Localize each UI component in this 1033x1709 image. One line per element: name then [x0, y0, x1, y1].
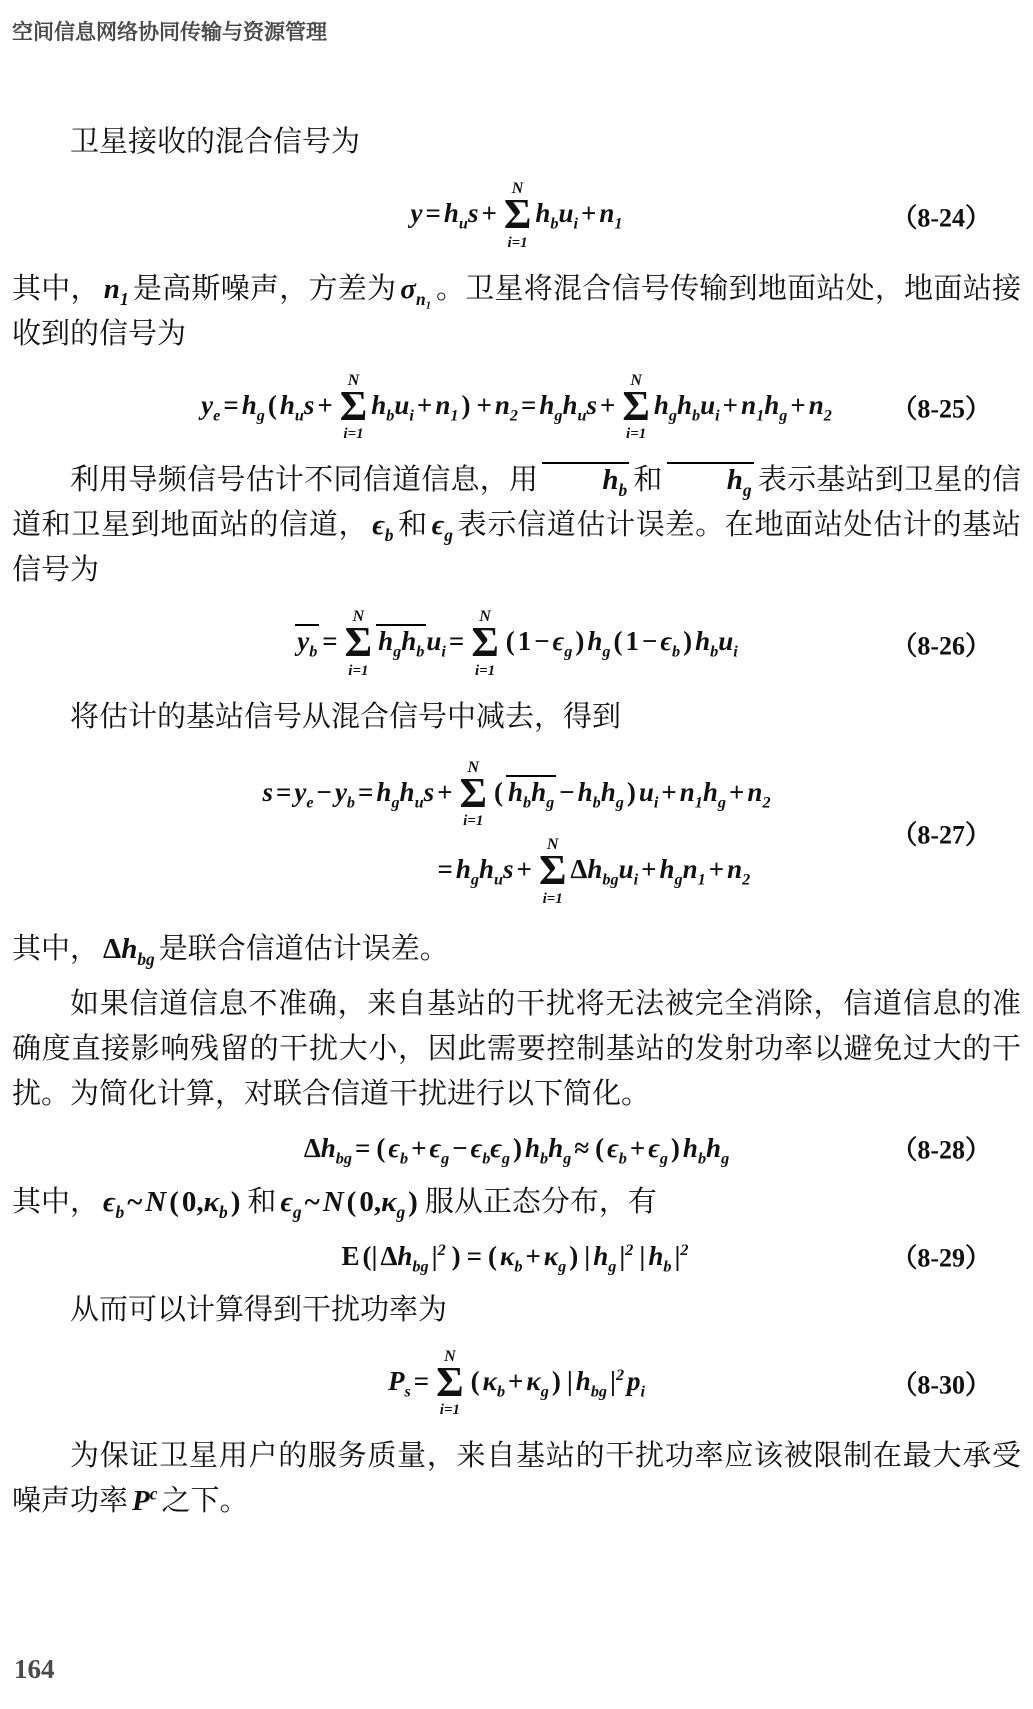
- math-token: |2: [616, 1241, 636, 1271]
- text-run: 利用导频信号估计不同信道信息，用: [70, 464, 538, 496]
- math-token: Δ: [570, 854, 587, 884]
- math-token: hg: [764, 390, 787, 420]
- math-token: n1: [435, 390, 458, 420]
- math-token: =: [352, 1133, 373, 1163]
- math-token: s: [587, 390, 598, 420]
- math-token: ): [405, 1186, 421, 1218]
- sum-symbol: NΣi=1: [459, 760, 486, 830]
- sum-symbol: NΣi=1: [340, 373, 367, 443]
- math-token: +: [638, 854, 659, 884]
- overline-group: hghb: [376, 624, 426, 657]
- text-run: 是联合信道估计误差。: [159, 933, 449, 965]
- inline-math: Pc: [128, 1485, 161, 1517]
- math-token: n1: [680, 777, 703, 807]
- math-token: =: [319, 626, 340, 656]
- math-token: ϵb: [103, 1186, 124, 1218]
- math-token: n1: [599, 198, 622, 228]
- math-token: ϵb: [388, 1133, 408, 1163]
- math-token: (: [485, 1241, 500, 1271]
- math-token: (: [166, 1186, 182, 1218]
- math-token: hb: [602, 464, 627, 496]
- equation-8-29: E(|Δhbg|2)=(κb+κg)|hg|2|hb|2 （8-29）: [12, 1235, 1021, 1278]
- math-token: +: [787, 390, 808, 420]
- sum-symbol: NΣi=1: [436, 1349, 463, 1419]
- inline-math: σn₁: [396, 273, 435, 305]
- text-run: 如果信道信息不准确，来自基站的干扰将无法被完全消除，信道信息的准确度直接影响残留…: [12, 988, 1021, 1110]
- math-token: κb: [483, 1366, 505, 1396]
- math-token: =: [434, 854, 455, 884]
- math-token: hu: [562, 390, 586, 420]
- math-token: ≈: [571, 1133, 592, 1163]
- inline-math: ϵb: [368, 509, 397, 541]
- math-token: (: [491, 777, 506, 807]
- overline-group: yb: [295, 624, 319, 657]
- math-token: −: [639, 626, 660, 656]
- math-token: ): [228, 1186, 244, 1218]
- math-token: n2: [747, 777, 770, 807]
- running-header: 空间信息网络协同传输与资源管理: [12, 16, 1021, 46]
- math-token: +: [706, 854, 727, 884]
- math-token: hb: [677, 390, 700, 420]
- math-token: +: [720, 390, 741, 420]
- math-token: 1: [626, 626, 640, 656]
- math-token: hb: [535, 198, 558, 228]
- math-token: s: [503, 854, 514, 884]
- math-token: ): [668, 1133, 683, 1163]
- math-token: ϵg: [432, 509, 453, 541]
- equation-label: （8-28）: [891, 1130, 991, 1167]
- math-token: s: [468, 198, 479, 228]
- paragraph-interference: 如果信道信息不准确，来自基站的干扰将无法被完全消除，信道信息的准确度直接影响残留…: [12, 982, 1021, 1117]
- math-token: +: [597, 390, 618, 420]
- math-token: hg: [593, 1241, 616, 1271]
- paragraph-noise: 其中，n1是高斯噪声，方差为σn₁。卫星将混合信号传输到地面站处，地面站接收到的…: [12, 267, 1021, 357]
- math-token: hb: [401, 626, 424, 656]
- math-token: hg: [654, 390, 677, 420]
- math-token: +: [658, 777, 679, 807]
- math-token: n1: [104, 273, 129, 305]
- math-token: hb: [683, 1133, 706, 1163]
- inline-math: hg: [663, 464, 758, 496]
- math-token: =: [220, 390, 241, 420]
- math-token: N: [323, 1186, 344, 1218]
- math-token: ): [449, 1241, 464, 1271]
- equation-label: （8-27）: [891, 815, 991, 852]
- math-token: (: [373, 1133, 388, 1163]
- math-token: ϵg: [553, 626, 573, 656]
- math-token: hg: [706, 1133, 729, 1163]
- math-token: hb: [371, 390, 394, 420]
- math-token: ui: [426, 626, 446, 656]
- math-token: ϵg: [280, 1186, 301, 1218]
- text-run: 其中，: [12, 933, 99, 965]
- math-token: 0,: [359, 1186, 381, 1218]
- inline-math: hb: [538, 464, 633, 496]
- math-token: hu: [280, 390, 304, 420]
- math-token: (: [611, 626, 626, 656]
- math-token: ~: [302, 1186, 323, 1218]
- math-token: =: [518, 390, 539, 420]
- math-token: ): [572, 626, 587, 656]
- equation-8-24: y=hus+NΣi=1hbui+n1 （8-24）: [12, 175, 1021, 257]
- math-token: ui: [558, 198, 578, 228]
- math-token: hu: [400, 777, 424, 807]
- sum-symbol: NΣi=1: [539, 837, 566, 907]
- math-token: +: [434, 777, 455, 807]
- math-token: κb: [500, 1241, 522, 1271]
- math-token: (: [468, 1366, 483, 1396]
- math-token: yb: [297, 626, 317, 656]
- math-token: hbg: [576, 1366, 607, 1396]
- text-run: 和: [247, 1186, 276, 1218]
- math-token: hu: [479, 854, 503, 884]
- math-token: κg: [526, 1366, 548, 1396]
- equation-8-30: Ps=NΣi=1(κb+κg)|hbg|2pi （8-30）: [12, 1343, 1021, 1425]
- math-token: |: [636, 1241, 648, 1271]
- math-token: hg: [601, 777, 624, 807]
- math-token: ~: [124, 1186, 145, 1218]
- math-token: hg: [727, 464, 752, 496]
- sum-symbol: NΣi=1: [345, 609, 372, 679]
- math-token: hg: [548, 1133, 571, 1163]
- math-token: −: [314, 777, 335, 807]
- text-run: 其中，: [12, 273, 100, 305]
- math-token: E: [342, 1241, 360, 1271]
- math-token: +: [314, 390, 335, 420]
- text-run: 服从正态分布，有: [425, 1186, 657, 1218]
- paragraph-subtract: 将估计的基站信号从混合信号中减去，得到: [12, 695, 1021, 740]
- math-token: +: [578, 198, 599, 228]
- math-token: hbg: [121, 933, 155, 965]
- text-run: 从而可以计算得到干扰功率为: [70, 1294, 447, 1326]
- text-run: 之下。: [161, 1485, 248, 1517]
- math-token: hg: [587, 626, 610, 656]
- math-token: ): [566, 1241, 581, 1271]
- math-token: +: [505, 1366, 526, 1396]
- overline-group: hbhg: [506, 775, 556, 808]
- math-token: y: [411, 198, 423, 228]
- math-token: ye: [201, 390, 220, 420]
- equation-body: E(|Δhbg|2)=(κb+κg)|hg|2|hb|2: [342, 1241, 692, 1272]
- math-token: hb: [525, 1133, 548, 1163]
- math-token: hg: [539, 390, 562, 420]
- math-token: hg: [659, 854, 682, 884]
- math-token: hbg: [321, 1133, 352, 1163]
- math-token: Pc: [132, 1485, 157, 1517]
- math-token: =: [423, 198, 444, 228]
- math-token: +: [473, 390, 494, 420]
- math-token: ϵb: [471, 1133, 491, 1163]
- math-token: ui: [619, 854, 639, 884]
- equation-body: Δhbg=(ϵb+ϵg−ϵbϵg)hbhg≈(ϵb+ϵg)hbhg: [304, 1133, 729, 1164]
- math-token: |2: [607, 1366, 627, 1396]
- sum-symbol: NΣi=1: [504, 181, 531, 251]
- math-token: ye: [294, 777, 313, 807]
- paragraph-joint-error: 其中，Δhbg是联合信道估计误差。: [12, 927, 1021, 972]
- math-token: +: [627, 1133, 648, 1163]
- math-token: σn₁: [400, 273, 431, 305]
- math-token: s: [424, 777, 435, 807]
- math-token: hb: [648, 1241, 671, 1271]
- math-token: n2: [809, 390, 832, 420]
- math-token: |2: [671, 1241, 691, 1271]
- math-token: s: [262, 777, 273, 807]
- math-token: n1: [741, 390, 764, 420]
- paragraph-distribution: 其中，ϵb~N(0,κb)和ϵg~N(0,κg)服从正态分布，有: [12, 1180, 1021, 1225]
- equation-label: （8-29）: [891, 1238, 991, 1275]
- math-token: +: [408, 1133, 429, 1163]
- math-token: ϵg: [429, 1133, 449, 1163]
- inline-math: ϵg~N(0,κg): [276, 1186, 424, 1218]
- math-token: (|: [360, 1241, 381, 1271]
- math-token: Δ: [380, 1241, 397, 1271]
- paragraph-intro-signal: 卫星接收的混合信号为: [12, 120, 1021, 165]
- math-token: yb: [335, 777, 355, 807]
- text-run: 卫星接收的混合信号为: [70, 126, 360, 158]
- overline-group: hg: [667, 462, 754, 497]
- math-token: ): [680, 626, 695, 656]
- math-token: hbg: [397, 1241, 428, 1271]
- equation-label: （8-25）: [891, 389, 991, 426]
- math-token: hg: [378, 626, 401, 656]
- math-token: +: [478, 198, 499, 228]
- math-token: hu: [444, 198, 468, 228]
- math-token: ): [624, 777, 639, 807]
- math-token: =: [355, 777, 376, 807]
- math-token: ϵg: [648, 1133, 668, 1163]
- math-token: =: [464, 1241, 485, 1271]
- equation-8-25: ye=hg(hus+NΣi=1hbui+n1)+n2=hghus+NΣi=1hg…: [12, 367, 1021, 449]
- inline-math: n1: [100, 273, 133, 305]
- math-token: hg: [376, 777, 399, 807]
- math-token: κg: [544, 1241, 566, 1271]
- equation-8-28: Δhbg=(ϵb+ϵg−ϵbϵg)hbhg≈(ϵb+ϵg)hbhg （8-28）: [12, 1127, 1021, 1170]
- math-token: |: [564, 1366, 576, 1396]
- math-token: +: [414, 390, 435, 420]
- math-token: ): [510, 1133, 525, 1163]
- math-token: ϵb: [607, 1133, 627, 1163]
- equation-body: Ps=NΣi=1(κb+κg)|hbg|2pi: [388, 1349, 645, 1419]
- math-token: +: [514, 854, 535, 884]
- equation-body: ye=hg(hus+NΣi=1hbui+n1)+n2=hghus+NΣi=1hg…: [201, 373, 832, 443]
- math-token: ϵg: [490, 1133, 510, 1163]
- math-token: ui: [394, 390, 414, 420]
- paragraph-qos: 为保证卫星用户的服务质量，来自基站的干扰功率应该被限制在最大承受噪声功率Pc之下…: [12, 1434, 1021, 1524]
- math-token: n2: [495, 390, 518, 420]
- math-token: n1: [683, 854, 706, 884]
- math-token: (: [503, 626, 518, 656]
- math-token: n2: [727, 854, 750, 884]
- math-token: Ps: [388, 1366, 411, 1396]
- math-token: hg: [456, 854, 479, 884]
- math-token: hg: [703, 777, 726, 807]
- equation-8-26: yb=NΣi=1hghbui=NΣi=1(1−ϵg)hg(1−ϵb)hbui （…: [12, 603, 1021, 685]
- inline-math: ϵg: [428, 509, 457, 541]
- math-token: hg: [242, 390, 265, 420]
- math-token: =: [446, 626, 467, 656]
- math-token: ): [458, 390, 473, 420]
- math-token: =: [411, 1366, 432, 1396]
- book-page: 空间信息网络协同传输与资源管理 卫星接收的混合信号为 y=hus+NΣi=1hb…: [0, 0, 1033, 1524]
- sum-symbol: NΣi=1: [471, 609, 498, 679]
- text-run: 其中，: [12, 1186, 99, 1218]
- text-run: 和: [633, 464, 663, 496]
- math-token: ui: [718, 626, 738, 656]
- math-token: (: [344, 1186, 360, 1218]
- math-token: +: [726, 777, 747, 807]
- math-token: ϵb: [660, 626, 680, 656]
- math-token: ui: [639, 777, 659, 807]
- math-token: (: [592, 1133, 607, 1163]
- math-token: hbg: [587, 854, 618, 884]
- overline-group: hb: [542, 462, 629, 497]
- math-token: =: [273, 777, 294, 807]
- math-token: 1: [518, 626, 532, 656]
- equation-body: y=hus+NΣi=1hbui+n1: [411, 181, 623, 251]
- text-run: 将估计的基站信号从混合信号中减去，得到: [70, 701, 621, 733]
- inline-math: Δhbg: [99, 933, 159, 965]
- page-number: 164: [14, 1654, 55, 1685]
- equation-8-27: s=ye−yb=hghus+NΣi=1(hbhg−hbhg)ui+n1hg+n2…: [12, 750, 1021, 917]
- math-token: pi: [627, 1366, 645, 1396]
- equation-body: yb=NΣi=1hghbui=NΣi=1(1−ϵg)hg(1−ϵb)hbui: [295, 609, 738, 679]
- text-run: 是高斯噪声，方差为: [133, 273, 397, 305]
- math-token: (: [265, 390, 280, 420]
- math-token: −: [556, 777, 577, 807]
- math-token: |2: [429, 1241, 449, 1271]
- math-token: hg: [531, 777, 554, 807]
- math-token: hb: [578, 777, 601, 807]
- math-token: κg: [381, 1186, 405, 1218]
- text-run: 和: [397, 509, 427, 541]
- math-token: ): [549, 1366, 564, 1396]
- math-token: Δ: [103, 933, 121, 965]
- equation-label: （8-24）: [891, 197, 991, 234]
- math-token: +: [522, 1241, 543, 1271]
- sum-symbol: NΣi=1: [622, 373, 649, 443]
- math-token: ui: [700, 390, 720, 420]
- math-token: |: [581, 1241, 593, 1271]
- paragraph-pilot-estimation: 利用导频信号估计不同信道信息，用hb和hg表示基站到卫星的信道和卫星到地面站的信…: [12, 458, 1021, 593]
- math-token: ϵb: [372, 509, 393, 541]
- math-token: hb: [508, 777, 531, 807]
- equation-lines: s=ye−yb=hghus+NΣi=1(hbhg−hbhg)ui+n1hg+n2…: [262, 756, 770, 911]
- equation-label: （8-26）: [891, 625, 991, 662]
- math-token: Δ: [304, 1133, 321, 1163]
- math-token: −: [531, 626, 552, 656]
- math-token: N: [145, 1186, 166, 1218]
- equation-label: （8-30）: [891, 1365, 991, 1402]
- equation-body-line2: =hghus+NΣi=1Δhbgui+hgn1+n2: [434, 837, 750, 907]
- inline-math: ϵb~N(0,κb): [99, 1186, 247, 1218]
- paragraph-power: 从而可以计算得到干扰功率为: [12, 1288, 1021, 1333]
- math-token: hb: [695, 626, 718, 656]
- math-token: κb: [204, 1186, 228, 1218]
- math-token: 0,: [182, 1186, 204, 1218]
- math-token: s: [304, 390, 315, 420]
- equation-body-line1: s=ye−yb=hghus+NΣi=1(hbhg−hbhg)ui+n1hg+n2: [262, 760, 770, 830]
- math-token: −: [449, 1133, 470, 1163]
